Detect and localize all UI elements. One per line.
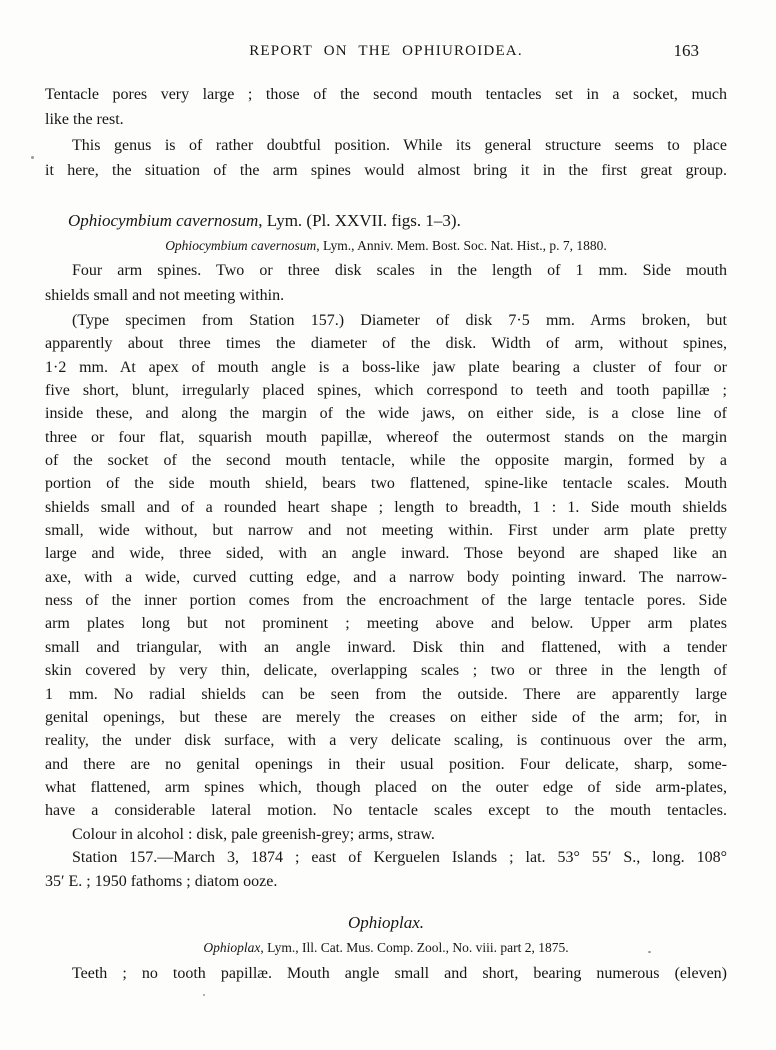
text-line: Teeth ; no tooth papillæ. Mouth angle sm…: [45, 962, 727, 986]
species-citation: Ophiocymbium cavernosum, Lym., Anniv. Me…: [45, 237, 727, 255]
scan-artifact: [203, 994, 205, 996]
page-content: REPORT ON THE OPHIUROIDEA. 163 Tentacle …: [45, 0, 727, 986]
species-name: Ophiocymbium cavernosum: [68, 211, 258, 230]
species-heading: Ophiocymbium cavernosum, Lym. (Pl. XXVII…: [45, 209, 727, 233]
citation-reference: , Lym., Anniv. Mem. Bost. Soc. Nat. Hist…: [316, 238, 607, 253]
text-line: Four arm spines. Two or three disk scale…: [45, 259, 727, 284]
citation-reference: , Lym., Ill. Cat. Mus. Comp. Zool., No. …: [260, 940, 568, 955]
text-line: ness of the inner portion comes from the…: [45, 589, 727, 612]
paragraph-genus-position: This genus is of rather doubtful positio…: [45, 134, 727, 183]
paragraph-description: (Type specimen from Station 157.) Diamet…: [45, 309, 727, 823]
text-line: Colour in alcohol : disk, pale greenish-…: [45, 823, 727, 847]
text-line: shields small and not meeting within.: [45, 284, 727, 309]
running-head: REPORT ON THE OPHIUROIDEA. 163: [45, 43, 727, 62]
text-line: arm plates long but not prominent ; meet…: [45, 612, 727, 635]
scan-artifact: [31, 156, 34, 159]
scan-artifact: [648, 951, 651, 953]
paragraph-genus-description: Teeth ; no tooth papillæ. Mouth angle sm…: [45, 962, 727, 986]
text-line: genital openings, but these are merely t…: [45, 706, 727, 729]
text-line: like the rest.: [45, 108, 727, 133]
text-line: small and triangular, with an angle inwa…: [45, 636, 727, 659]
text-line: 1 mm. No radial shields can be seen from…: [45, 683, 727, 706]
text-line: 1·2 mm. At apex of mouth angle is a boss…: [45, 356, 727, 379]
text-line: portion of the side mouth shield, bears …: [45, 472, 727, 495]
text-line: have a considerable lateral motion. No t…: [45, 799, 727, 822]
text-line: Station 157.—March 3, 1874 ; east of Ker…: [45, 846, 727, 870]
text-line: and there are no genital openings in the…: [45, 753, 727, 776]
text-line: what flattened, arm spines which, though…: [45, 776, 727, 799]
genus-citation: Ophioplax, Lym., Ill. Cat. Mus. Comp. Zo…: [45, 939, 727, 957]
text-line: axe, with a wide, curved cutting edge, a…: [45, 566, 727, 589]
text-line: This genus is of rather doubtful positio…: [45, 134, 727, 159]
citation-genus-name: Ophioplax: [203, 940, 260, 955]
species-heading-rest: , Lym. (Pl. XXVII. figs. 1–3).: [258, 211, 461, 230]
text-line: of the socket of the second mouth tentac…: [45, 449, 727, 472]
page-number: 163: [674, 41, 700, 61]
text-line: reality, the under disk surface, with a …: [45, 729, 727, 752]
text-line: skin covered by very thin, delicate, ove…: [45, 659, 727, 682]
text-line: shields small and of a rounded heart sha…: [45, 496, 727, 519]
text-line: it here, the situation of the arm spines…: [45, 159, 727, 184]
paragraph-colour: Colour in alcohol : disk, pale greenish-…: [45, 823, 727, 847]
text-line: large and wide, three sided, with an ang…: [45, 542, 727, 565]
paragraph-station: Station 157.—March 3, 1874 ; east of Ker…: [45, 846, 727, 893]
text-line: inside these, and along the margin of th…: [45, 402, 727, 425]
text-line: apparently about three times the diamete…: [45, 332, 727, 355]
running-title: REPORT ON THE OPHIUROIDEA.: [45, 43, 727, 60]
paragraph-tentacle-pores: Tentacle pores very large ; those of the…: [45, 83, 727, 132]
text-line: small, wide without, but narrow and not …: [45, 519, 727, 542]
book-page: REPORT ON THE OPHIUROIDEA. 163 Tentacle …: [0, 0, 776, 1050]
text-line: (Type specimen from Station 157.) Diamet…: [45, 309, 727, 332]
text-line: Tentacle pores very large ; those of the…: [45, 83, 727, 108]
citation-species-name: Ophiocymbium cavernosum: [165, 238, 316, 253]
text-line: 35′ E. ; 1950 fathoms ; diatom ooze.: [45, 870, 727, 894]
paragraph-diagnosis: Four arm spines. Two or three disk scale…: [45, 259, 727, 308]
text-line: five short, blunt, irregularly placed sp…: [45, 379, 727, 402]
text-line: three or four flat, squarish mouth papil…: [45, 426, 727, 449]
genus-heading: Ophioplax.: [45, 911, 727, 935]
